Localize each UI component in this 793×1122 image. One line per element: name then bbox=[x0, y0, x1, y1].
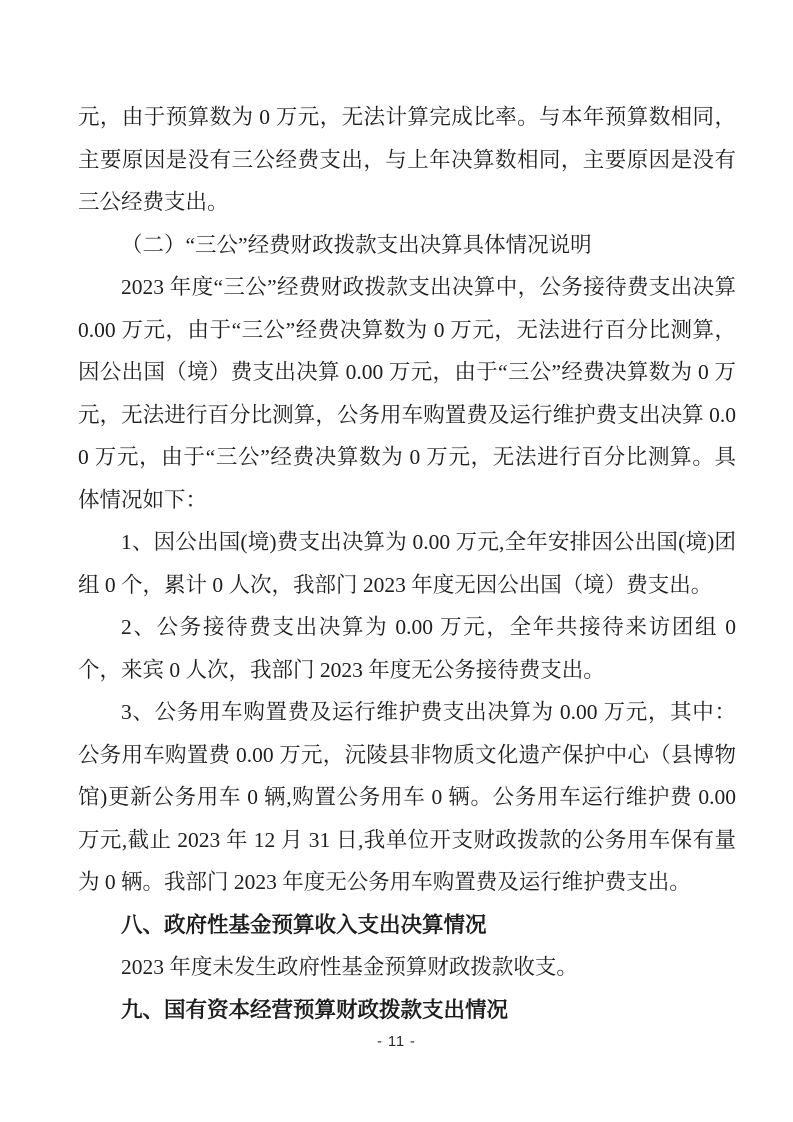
para-continuation: 元，由于预算数为 0 万元，无法计算完成比率。与本年预算数相同，主要原因是没有三… bbox=[78, 96, 736, 224]
para-item-1: 1、因公出国(境)费支出决算为 0.00 万元,全年安排因公出国(境)团组 0 … bbox=[78, 521, 736, 606]
para-item-2: 2、公务接待费支出决算为 0.00 万元，全年共接待来访团组 0 个，来宾 0 … bbox=[78, 606, 736, 691]
document-page: 元，由于预算数为 0 万元，无法计算完成比率。与本年预算数相同，主要原因是没有三… bbox=[0, 0, 793, 1122]
heading-section-8: 八、政府性基金预算收入支出决算情况 bbox=[78, 904, 736, 947]
page-number: - 11 - bbox=[0, 1034, 793, 1050]
para-sangong-summary: 2023 年度“三公”经费财政拨款支出决算中，公务接待费支出决算 0.00 万元… bbox=[78, 266, 736, 521]
heading-section-9: 九、国有资本经营预算财政拨款支出情况 bbox=[78, 989, 736, 1032]
para-item-3: 3、公务用车购置费及运行维护费支出决算为 0.00 万元，其中：公务用车购置费 … bbox=[78, 691, 736, 904]
para-section-8-body: 2023 年度未发生政府性基金预算财政拨款收支。 bbox=[78, 946, 736, 989]
para-subheading-two: （二）“三公”经费财政拨款支出决算具体情况说明 bbox=[78, 224, 736, 267]
document-body: 元，由于预算数为 0 万元，无法计算完成比率。与本年预算数相同，主要原因是没有三… bbox=[78, 96, 736, 1031]
